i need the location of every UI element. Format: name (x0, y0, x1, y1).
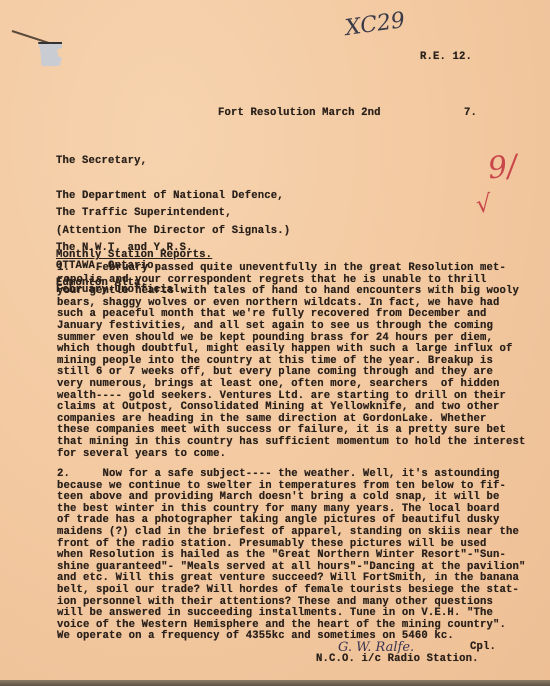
paragraph-line: 2. Now for a safe subject---- the weathe… (57, 469, 526, 481)
paragraph-line: which though doubtful, might easily happ… (57, 344, 526, 356)
reference-number: R.E. 12. (420, 52, 472, 64)
paragraph-line: very numerous, brings at least one, ofte… (57, 379, 526, 391)
page-number: 7. (464, 108, 477, 120)
paragraph-line: that mining in this country has sufficie… (57, 437, 526, 449)
recipient-line: The Secretary, (56, 156, 290, 168)
recipient-line: The Traffic Superintendent, (56, 208, 232, 220)
signature-rank: Cpl. (470, 642, 496, 654)
red-check-mark: √ (475, 189, 493, 218)
paragraph-line: when Resolution is hailed as the "Great … (57, 550, 526, 562)
paragraph-line: will be answered in succeeding installme… (57, 608, 526, 620)
paragraph-line: belt, spoil our trade? Will hordes of fe… (57, 585, 526, 597)
paragraph-line: claims at Outpost, Consolidated Mining a… (57, 402, 526, 414)
place-date: Fort Resolution March 2nd (218, 108, 381, 120)
paragraph-1: 1. February passed quite uneventfully in… (57, 263, 526, 460)
red-pencil-annotation: 9/ (486, 149, 519, 187)
paragraph-2: 2. Now for a safe subject---- the weathe… (57, 469, 526, 643)
subject-title: Monthly Station Reports. (56, 250, 212, 262)
signature-title: N.C.O. i/c Radio Station. (316, 654, 479, 666)
paragraph-line: 1. February passed quite uneventfully in… (57, 263, 526, 275)
paragraph-line: for several years to come. (57, 449, 526, 461)
paper-tear-hole (38, 42, 62, 66)
scan-bottom-edge (0, 680, 550, 686)
pencil-annotation: XC29 (344, 8, 407, 41)
paragraph-line: We operate on a frequency of 4355kc and … (57, 631, 526, 643)
letter-page: XC29 9/ √ R.E. 12. Fort Resolution March… (0, 0, 550, 680)
paragraph-line: maidens (?) clad in the briefest of appa… (57, 527, 526, 539)
paragraph-line: January festivities, and all set again t… (57, 321, 526, 333)
